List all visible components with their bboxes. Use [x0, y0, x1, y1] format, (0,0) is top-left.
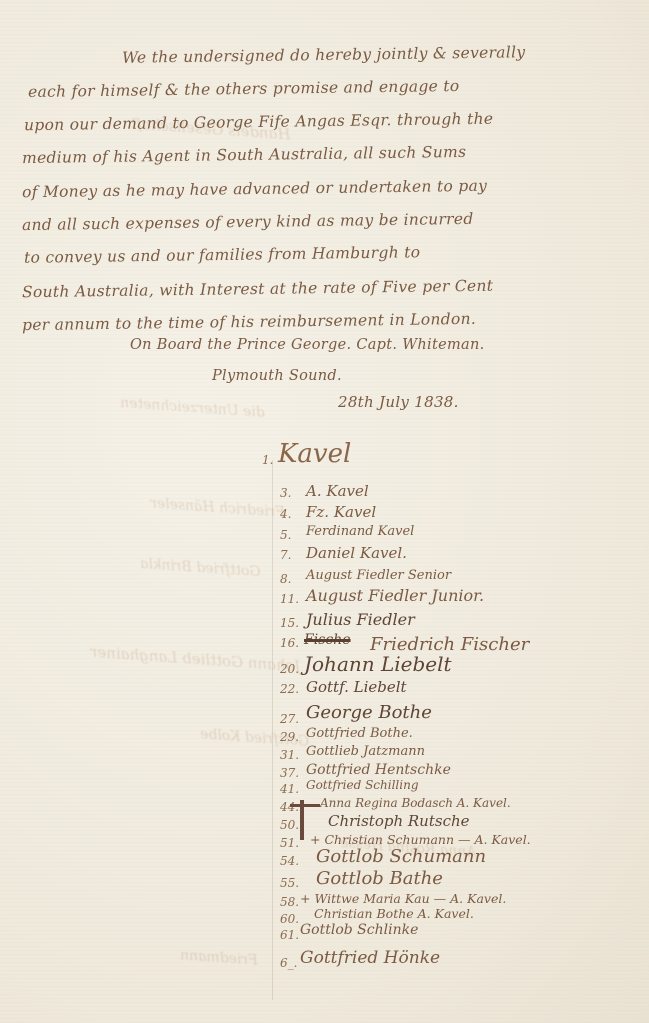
signature-name: Anna Regina Bodasch A. Kavel.	[320, 796, 511, 810]
signature-name: Gottfried Bothe.	[306, 726, 413, 741]
signature-name: Gottlieb Jatzmann	[306, 744, 425, 759]
signature-name: Gottfried Hentschke	[306, 762, 451, 778]
signature-name: + Christian Schumann — A. Kavel.	[310, 832, 531, 847]
signature-name: Fz. Kavel	[306, 503, 376, 521]
signature-name: Gottfried Hönke	[300, 948, 440, 968]
signature-name: + Wittwe Maria Kau — A. Kavel.	[300, 891, 506, 906]
ship-line: On Board the Prince George. Capt. Whitem…	[130, 337, 485, 353]
bleed-through-text: die Unterzeichneten	[120, 395, 266, 421]
signature-name: A. Kavel	[306, 482, 369, 500]
signature-name: Kavel	[278, 439, 351, 469]
signature-name: Gottf. Liebelt	[306, 678, 407, 696]
port-line: Plymouth Sound.	[212, 368, 342, 384]
signature-name: Christoph Rutsche	[328, 812, 470, 830]
signature-name: Daniel Kavel.	[306, 544, 407, 562]
signature-name: Julius Fiedler	[306, 610, 415, 629]
body-line-4: medium of his Agent in South Australia, …	[22, 143, 467, 167]
signature-name: Ferdinand Kavel	[306, 524, 414, 539]
body-line-7: to convey us and our families from Hambu…	[24, 243, 421, 267]
signature-name: George Bothe	[306, 702, 432, 723]
cross-mark-bar	[290, 804, 320, 807]
body-line-3: upon our demand to George Fife Angas Esq…	[24, 110, 494, 135]
signature-name: Gottlob Schlinke	[300, 922, 418, 938]
body-line-6: and all such expenses of every kind as m…	[22, 210, 474, 234]
body-line-1: We the undersigned do hereby jointly & s…	[122, 43, 526, 67]
signature-name: Gottlob Schumann	[316, 846, 486, 867]
bleed-through-text: Gottfried Brinkla	[140, 556, 262, 580]
signature-name: August Fiedler Senior	[306, 568, 451, 583]
bleed-through-text: Friedrich Hänseler	[150, 495, 286, 520]
body-line-2: each for himself & the others promise an…	[28, 77, 460, 101]
signature-name: Gottfried Schilling	[306, 778, 419, 792]
struck-name: Fische	[304, 632, 351, 648]
signature-name: Johann Liebelt	[304, 652, 452, 676]
signature-name: Gottlob Bathe	[316, 868, 443, 889]
body-line-8: South Australia, with Interest at the ra…	[22, 277, 493, 302]
bleed-through-text: Johann Gottlieb Langhainer	[90, 643, 302, 676]
manuscript-page: Handels Gesellschaft die Unterzeichneten…	[0, 0, 649, 1023]
margin-rule	[272, 460, 273, 1000]
date-line: 28th July 1838.	[338, 393, 459, 411]
signature-name: Christian Bothe A. Kavel.	[314, 906, 474, 921]
body-line-5: of Money as he may have advanced or unde…	[22, 177, 487, 201]
body-line-9: per annum to the time of his reimburseme…	[22, 310, 476, 334]
signature-name: August Fiedler Junior.	[306, 586, 484, 605]
bleed-through-text: Friedmann	[180, 947, 259, 968]
